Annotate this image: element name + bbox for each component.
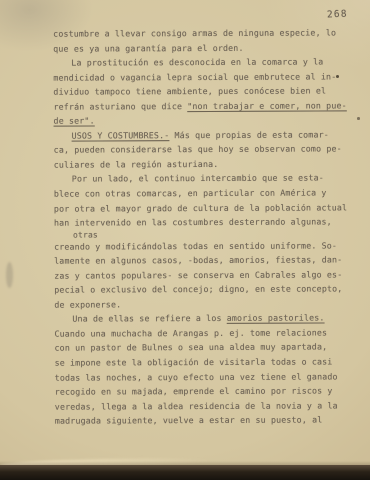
text-segment: Una de ellas se refiere a los — [72, 313, 226, 324]
text-line: dividuo tampoco tiene ambiente, pues con… — [53, 84, 355, 100]
underlined-text: USOS Y COSTUMBRES.- — [72, 130, 170, 140]
text-segment: ca, pueden considerarse las que hoy se o… — [54, 144, 342, 155]
text-segment: Más que propias de esta comar- — [169, 129, 329, 140]
text-segment: madrugada siguiente, vuelve a estar en s… — [55, 415, 323, 426]
text-segment: zas y cantos populares- se conserva en C… — [54, 269, 342, 280]
text-segment: La prostitución es desconocida en la com… — [71, 57, 323, 68]
ink-dot — [336, 75, 339, 78]
scanned-document-page: 268 costumbre a llevar consigo armas de … — [0, 0, 370, 480]
text-line: lamente en algunos casos, -bodas, amorio… — [54, 253, 356, 269]
text-line: USOS Y COSTUMBRES.- Más que propias de e… — [54, 127, 356, 143]
text-line: zas y cantos populares- se conserva en C… — [54, 267, 356, 283]
text-segment: todas las noches, a cuyo efecto una vez … — [55, 371, 338, 382]
text-segment: Cuando una muchacha de Arangas p. ej. to… — [54, 327, 327, 338]
text-line: La prostitución es desconocida en la com… — [53, 54, 355, 70]
text-segment: han intervenido en las costumbres dester… — [54, 217, 332, 228]
text-segment: otras — [73, 230, 98, 239]
text-line: culiares de la región asturiana. — [54, 156, 356, 172]
text-segment: refrán asturiano que dice — [53, 101, 187, 112]
text-segment: dividuo tampoco tiene ambiente, pues con… — [53, 86, 326, 97]
text-segment: se impone este la obligación de visitarl… — [55, 356, 333, 367]
text-line: veredas, llega a la aldea residencia de … — [55, 398, 357, 414]
text-line: han intervenido en las costumbres dester… — [54, 214, 356, 230]
text-segment: que es ya una garantía para el orden. — [53, 42, 243, 53]
text-line: costumbre a llevar consigo armas de ning… — [53, 25, 355, 41]
text-line: recogido en su majada, emprende el camin… — [55, 383, 357, 399]
underlined-text: amorios pastoriles. — [227, 313, 325, 323]
text-line: creando y modificándolas todas en sentid… — [54, 238, 356, 254]
text-segment: Por un lado, el continuo intercambio que… — [72, 173, 324, 184]
pencil-smudge — [6, 262, 13, 288]
text-line: todas las noches, a cuyo efecto una vez … — [55, 369, 357, 385]
text-line: ca, pueden considerarse las que hoy se o… — [54, 142, 356, 158]
page-number: 268 — [327, 8, 348, 20]
text-segment: creando y modificándolas todas en sentid… — [54, 240, 337, 251]
text-line: se impone este la obligación de visitarl… — [55, 354, 357, 370]
text-line: de exponerse. — [54, 296, 356, 312]
text-segment: mendicidad o vagancia lepra social que e… — [53, 71, 336, 82]
underlined-text: de ser". — [54, 116, 95, 126]
text-segment: con un pastor de Bulnes o sea una aldea … — [55, 342, 328, 353]
underlined-text: "non trabajar e comer, non pue- — [187, 100, 347, 111]
text-segment: blece con otras comarcas, en particular … — [54, 187, 327, 198]
text-line: de ser". — [54, 113, 356, 129]
text-segment: costumbre a llevar consigo armas de ning… — [53, 27, 336, 38]
ink-dot — [357, 117, 360, 120]
text-line: mendicidad o vagancia lepra social que e… — [53, 69, 355, 85]
text-line: pecial o exclusivo del concejo; digno, e… — [54, 282, 356, 298]
text-segment: recogido en su majada, emprende el camin… — [55, 386, 333, 397]
text-segment: culiares de la región asturiana. — [54, 159, 219, 170]
text-line: Por un lado, el continuo intercambio que… — [54, 171, 356, 187]
text-segment: pecial o exclusivo del concejo; digno, e… — [54, 284, 342, 295]
text-line: con un pastor de Bulnes o sea una aldea … — [54, 340, 356, 356]
text-line: Cuando una muchacha de Arangas p. ej. to… — [54, 325, 356, 341]
typewritten-text: costumbre a llevar consigo armas de ning… — [53, 25, 357, 428]
scan-background-strip — [0, 465, 370, 480]
text-line: blece con otras comarcas, en particular … — [54, 185, 356, 201]
text-line: Una de ellas se refiere a los amorios pa… — [54, 311, 356, 327]
text-line: que es ya una garantía para el orden. — [53, 40, 355, 56]
text-line: refrán asturiano que dice "non trabajar … — [53, 98, 355, 114]
text-segment: de exponerse. — [54, 299, 121, 309]
text-line: madrugada siguiente, vuelve a estar en s… — [55, 413, 357, 429]
text-segment: veredas, llega a la aldea residencia de … — [55, 400, 338, 411]
text-line: por otra el mayor grado de cultura de la… — [54, 200, 356, 216]
text-segment: por otra el mayor grado de cultura de la… — [54, 202, 347, 213]
text-segment: lamente en algunos casos, -bodas, amorio… — [54, 255, 342, 266]
